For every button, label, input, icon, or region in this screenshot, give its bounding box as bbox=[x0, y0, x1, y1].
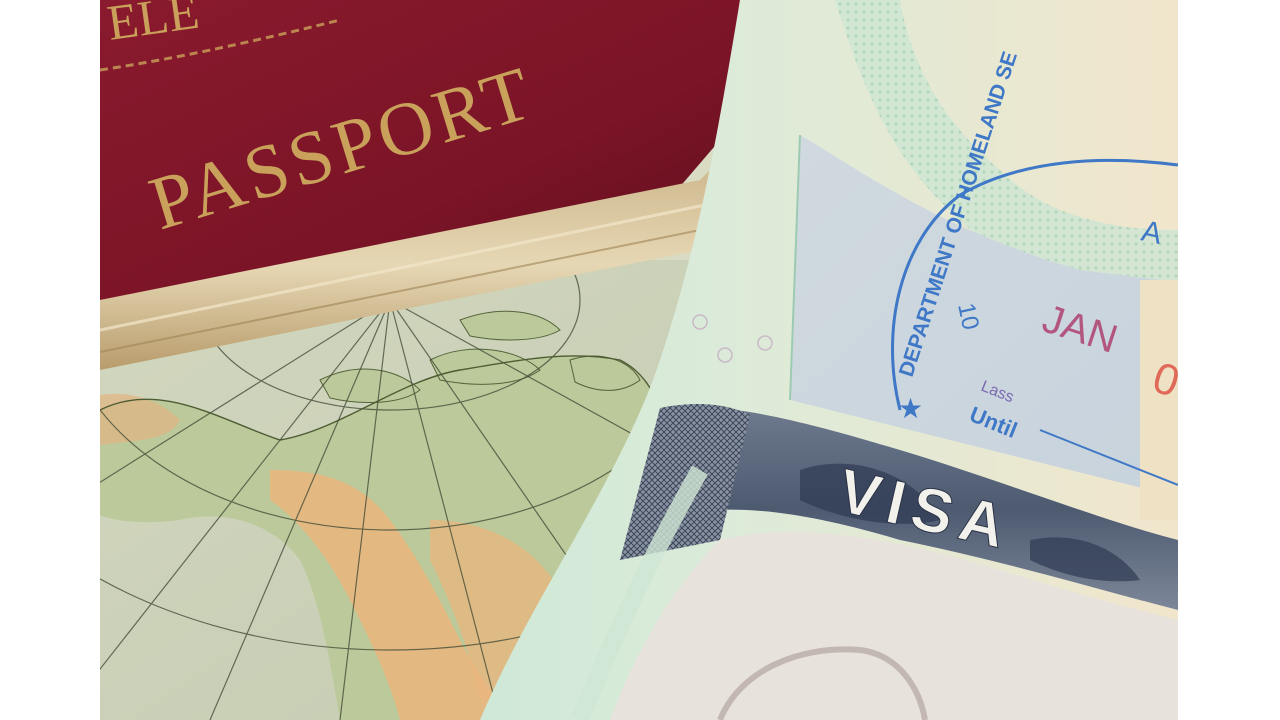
photo: ELE PASSPORT DEPARTMENT OF HOME bbox=[100, 0, 1178, 720]
photo-scene: ELE PASSPORT DEPARTMENT OF HOME bbox=[100, 0, 1178, 720]
star-icon: ★ bbox=[898, 393, 923, 424]
stamp-number: 10 bbox=[952, 301, 984, 333]
